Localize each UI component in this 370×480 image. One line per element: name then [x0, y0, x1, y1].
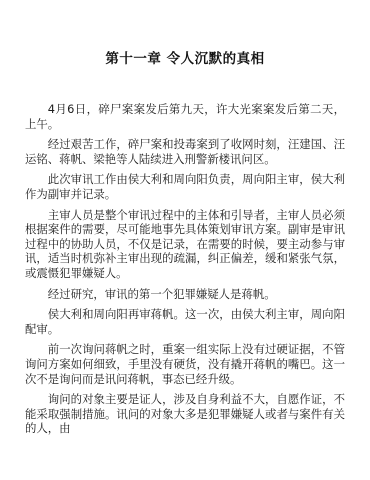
chapter-body: 4月6日，碎尸案案发后第九天，许大光案案发后第二天，上午。 经过艰苦工作，碎尸案…	[25, 102, 345, 436]
paragraph: 侯大利和周向阳再审蒋帆。这一次，由侯大利主审，周向阳配审。	[25, 307, 345, 336]
paragraph: 前一次询问蒋帆之时，重案一组实际上没有过硬证据，不管询问方案如何细致，手里没有硬…	[25, 342, 345, 386]
paragraph: 主审人员是整个审讯过程中的主体和引导者，主审人员必须根据案件的需要，尽可能地事先…	[25, 208, 345, 281]
paragraph: 询问的对象主要是证人，涉及自身利益不大，自愿作证，不能采取强制措施。讯问的对象大…	[25, 392, 345, 436]
paragraph: 此次审讯工作由侯大利和周向阳负责，周向阳主审，侯大利作为副审并记录。	[25, 172, 345, 201]
chapter-title: 第十一章 令人沉默的真相	[25, 50, 345, 68]
paragraph: 经过艰苦工作，碎尸案和投毒案到了收网时刻，汪建国、汪运铭、蒋帆、梁艳等人陆续进入…	[25, 137, 345, 166]
paragraph: 4月6日，碎尸案案发后第九天，许大光案案发后第二天，上午。	[25, 102, 345, 131]
paragraph: 经过研究，审讯的第一个犯罪嫌疑人是蒋帆。	[25, 287, 345, 302]
book-page: 第十一章 令人沉默的真相 4月6日，碎尸案案发后第九天，许大光案案发后第二天，上…	[0, 0, 370, 480]
